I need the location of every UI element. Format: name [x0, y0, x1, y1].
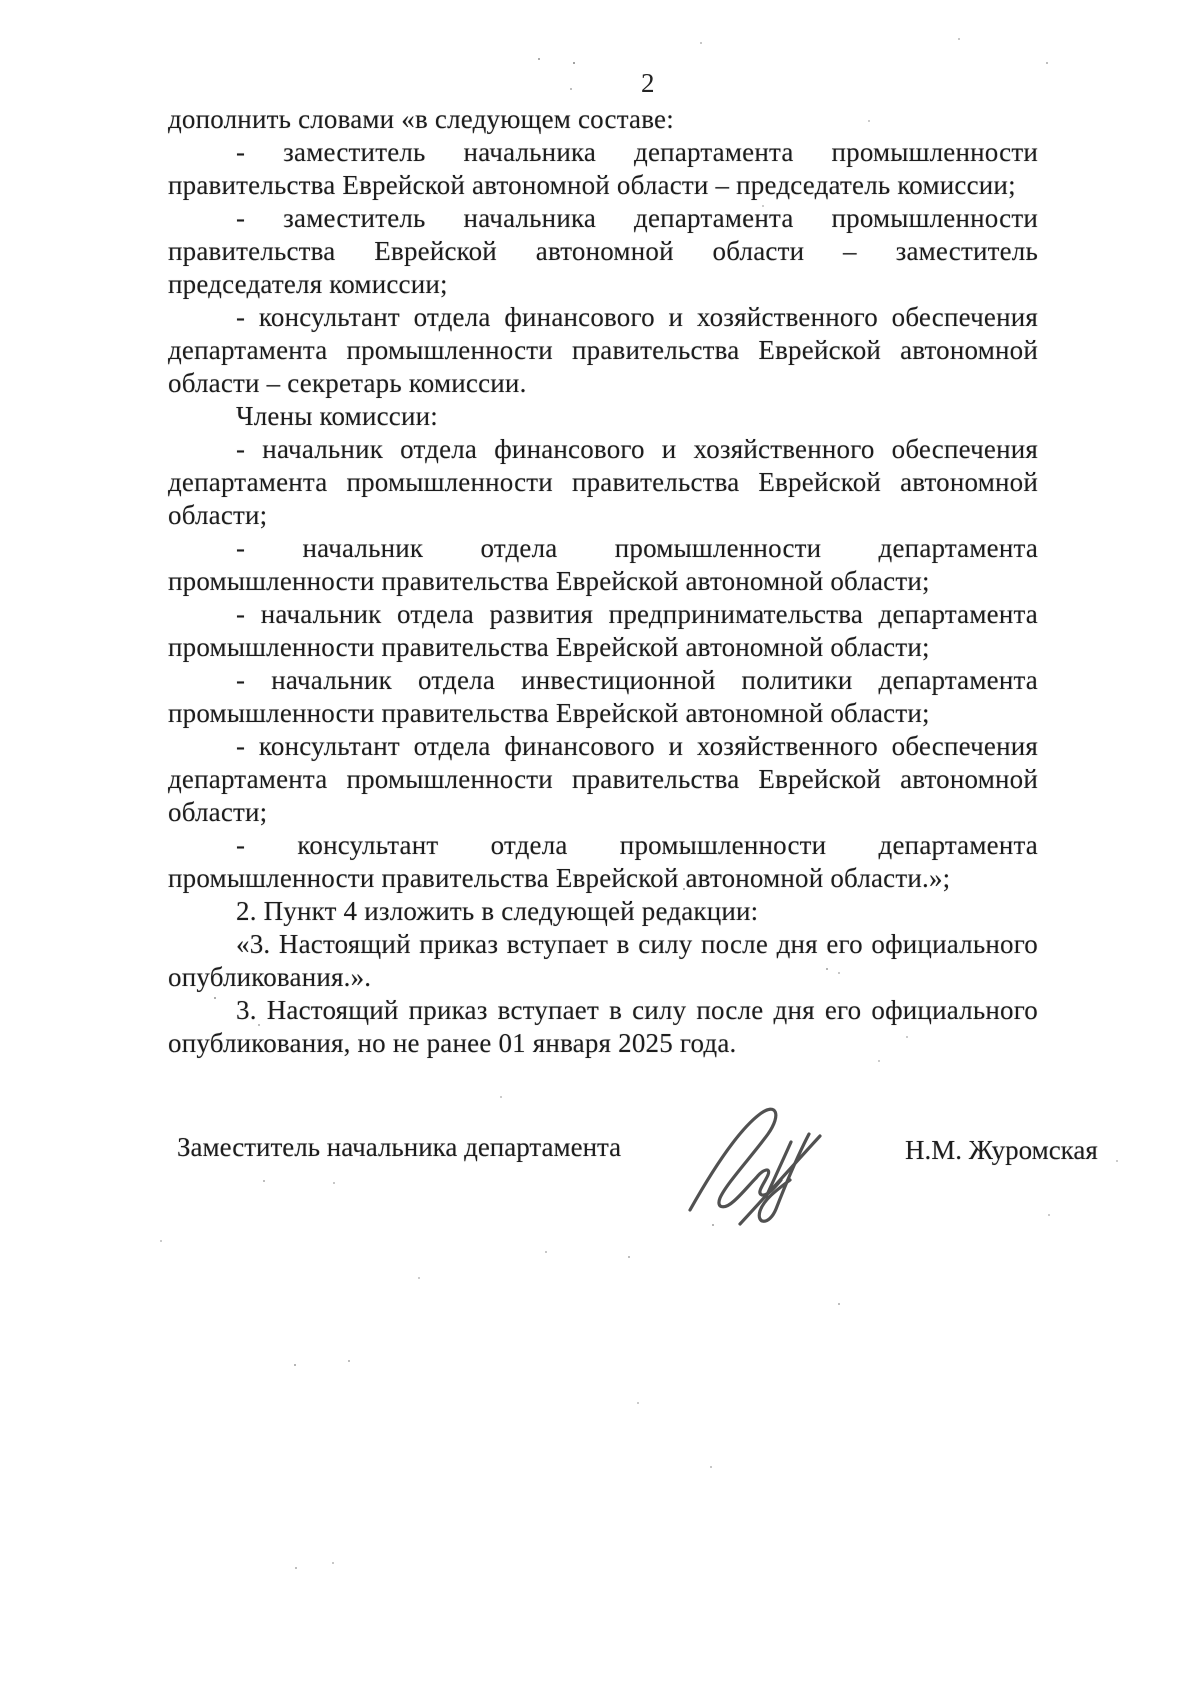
page-number: 2	[641, 68, 655, 98]
paragraph-member-1: - начальник отдела финансового и хозяйст…	[168, 433, 1038, 532]
scan-noise	[0, 0, 2, 2]
paragraph-member-5: - консультант отдела финансового и хозяй…	[168, 730, 1038, 829]
paragraph-secretary: - консультант отдела финансового и хозяй…	[168, 301, 1038, 400]
paragraph-member-2: - начальник отдела промышленности департ…	[168, 532, 1038, 598]
paragraph-member-4: - начальник отдела инвестиционной полити…	[168, 664, 1038, 730]
paragraph-member-6: - консультант отдела промышленности депа…	[168, 829, 1038, 895]
paragraph-deputy-chair: - заместитель начальника департамента пр…	[168, 136, 1038, 202]
paragraph-member-3: - начальник отдела развития предпринимат…	[168, 598, 1038, 664]
document-body: дополнить словами «в следующем составе: …	[168, 103, 1038, 1060]
paragraph-members-heading: Члены комиссии:	[168, 400, 1038, 433]
paragraph-item-3-quoted: «3. Настоящий приказ вступает в силу пос…	[168, 928, 1038, 994]
paragraph-item-2: 2. Пункт 4 изложить в следующей редакции…	[168, 895, 1038, 928]
paragraph-deputy-vice-chair: - заместитель начальника департамента пр…	[168, 202, 1038, 301]
handwritten-signature-icon	[678, 1098, 838, 1238]
document-page: 2 дополнить словами «в следующем составе…	[0, 0, 1200, 1696]
paragraph-item-3: 3. Настоящий приказ вступает в силу посл…	[168, 994, 1038, 1060]
signatory-position-title: Заместитель начальника департамента	[177, 1131, 621, 1164]
signatory-name: Н.М. Журомская	[905, 1134, 1098, 1167]
paragraph-intro: дополнить словами «в следующем составе:	[168, 103, 1038, 136]
